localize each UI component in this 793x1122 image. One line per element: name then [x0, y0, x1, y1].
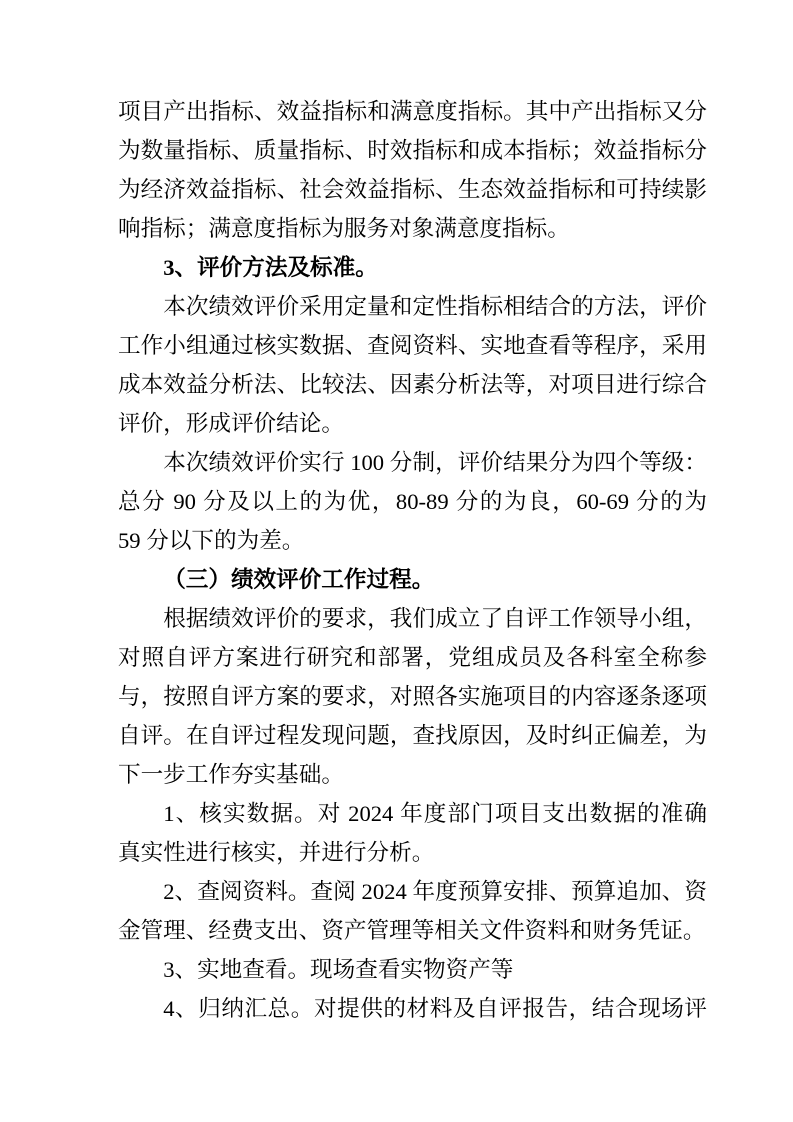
text-line: 本次绩效评价实行 100 分制，评价结果分为四个等级：: [118, 443, 707, 482]
text-line: 评价，形成评价结论。: [118, 404, 707, 443]
text-line: 1、核实数据。对 2024 年度部门项目支出数据的准确性、: [118, 794, 707, 833]
document-page: 项目产出指标、效益指标和满意度指标。其中产出指标又分为数量指标、质量指标、时效指…: [0, 0, 793, 1122]
text-line: 金管理、经费支出、资产管理等相关文件资料和财务凭证。: [118, 911, 707, 950]
text-line: 本次绩效评价采用定量和定性指标相结合的方法，评价: [118, 287, 707, 326]
heading-line: 3、评价方法及标准。: [118, 248, 707, 287]
text-line: 根据绩效评价的要求，我们成立了自评工作领导小组，: [118, 599, 707, 638]
text-line: 自评。在自评过程发现问题，查找原因，及时纠正偏差，为: [118, 716, 707, 755]
text-line: 项目产出指标、效益指标和满意度指标。其中产出指标又分: [118, 92, 707, 131]
text-line: 与，按照自评方案的要求，对照各实施项目的内容逐条逐项: [118, 677, 707, 716]
heading-line: （三）绩效评价工作过程。: [118, 560, 707, 599]
text-line: 59 分以下的为差。: [118, 521, 707, 560]
text-line: 工作小组通过核实数据、查阅资料、实地查看等程序，采用: [118, 326, 707, 365]
text-line: 为数量指标、质量指标、时效指标和成本指标；效益指标分: [118, 131, 707, 170]
text-line: 成本效益分析法、比较法、因素分析法等，对项目进行综合: [118, 365, 707, 404]
text-line: 3、实地查看。现场查看实物资产等: [118, 950, 707, 989]
text-line: 2、查阅资料。查阅 2024 年度预算安排、预算追加、资: [118, 872, 707, 911]
text-line: 总分 90 分及以上的为优，80-89 分的为良，60-69 分的为中，: [118, 482, 707, 521]
document-body-text: 项目产出指标、效益指标和满意度指标。其中产出指标又分为数量指标、质量指标、时效指…: [118, 92, 707, 1028]
text-line: 响指标；满意度指标为服务对象满意度指标。: [118, 209, 707, 248]
text-line: 对照自评方案进行研究和部署，党组成员及各科室全称参: [118, 638, 707, 677]
text-line: 为经济效益指标、社会效益指标、生态效益指标和可持续影: [118, 170, 707, 209]
text-line: 4、归纳汇总。对提供的材料及自评报告，结合现场评: [118, 989, 707, 1028]
text-line: 真实性进行核实，并进行分析。: [118, 833, 707, 872]
text-line: 下一步工作夯实基础。: [118, 755, 707, 794]
